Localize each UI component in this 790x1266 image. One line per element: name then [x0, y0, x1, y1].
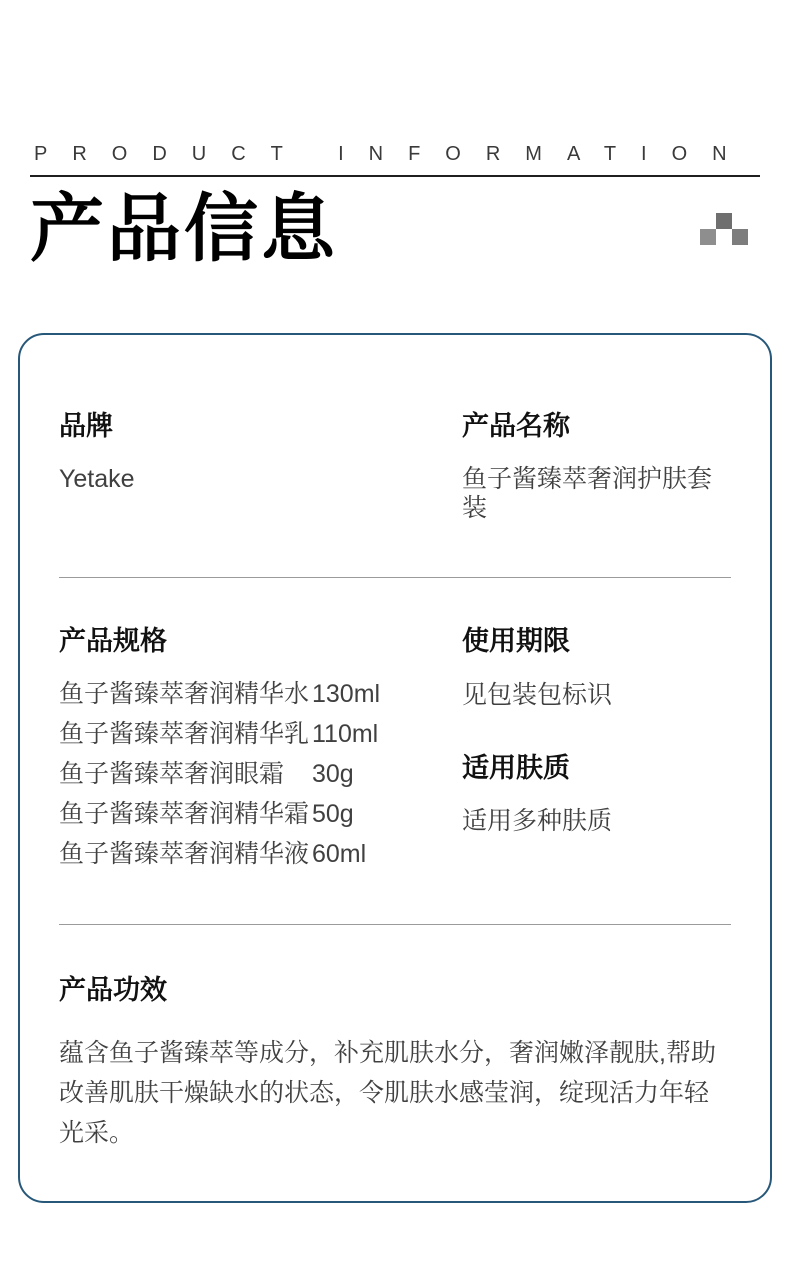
pixel-squares-icon — [700, 213, 748, 245]
spec-row: 鱼子酱臻萃奢润精华乳 110ml — [59, 714, 462, 754]
section-efficacy: 产品功效 蕴含鱼子酱臻萃等成分，补充肌肤水分，奢润嫩泽靓肤,帮助改善肌肤干燥缺水… — [59, 975, 731, 1153]
spec-value: 50g — [312, 794, 462, 834]
eyebrow-text: PRODUCT INFORMATION — [30, 143, 760, 166]
efficacy-body: 蕴含鱼子酱臻萃等成分，补充肌肤水分，奢润嫩泽靓肤,帮助改善肌肤干燥缺水的状态，令… — [59, 1033, 731, 1153]
brand-value: Yetake — [59, 465, 462, 494]
usage-block: 使用期限 见包装包标识 适用肤质 适用多种肤质 — [462, 626, 731, 873]
product-name-block: 产品名称 鱼子酱臻萃奢润护肤套装 — [462, 411, 731, 523]
spec-row: 鱼子酱臻萃奢润眼霜 30g — [59, 754, 462, 794]
hero-header: PRODUCT INFORMATION 产品信息 — [0, 0, 790, 269]
spec-row: 鱼子酱臻萃奢润精华霜 50g — [59, 794, 462, 834]
section-brand-name: 品牌 Yetake 产品名称 鱼子酱臻萃奢润护肤套装 — [59, 411, 731, 523]
spec-row: 鱼子酱臻萃奢润精华水 130ml — [59, 674, 462, 714]
efficacy-heading: 产品功效 — [59, 975, 731, 1006]
expiry-heading: 使用期限 — [462, 626, 731, 657]
skin-type-value: 适用多种肤质 — [462, 807, 731, 836]
skin-type-heading: 适用肤质 — [462, 753, 731, 784]
spec-name: 鱼子酱臻萃奢润精华水 — [59, 674, 312, 714]
product-info-card: 品牌 Yetake 产品名称 鱼子酱臻萃奢润护肤套装 产品规格 鱼子酱臻萃奢润精… — [18, 333, 772, 1203]
skin-type-block: 适用肤质 适用多种肤质 — [462, 753, 731, 836]
spec-name: 鱼子酱臻萃奢润眼霜 — [59, 754, 312, 794]
expiry-value: 见包装包标识 — [462, 681, 731, 710]
title-row: 产品信息 — [30, 189, 760, 269]
section-specs: 产品规格 鱼子酱臻萃奢润精华水 130ml 鱼子酱臻萃奢润精华乳 110ml 鱼… — [59, 626, 731, 873]
spec-value: 60ml — [312, 834, 462, 874]
product-name-value: 鱼子酱臻萃奢润护肤套装 — [462, 465, 731, 523]
pixel-square-bottom-right — [732, 229, 748, 245]
pixel-square-bottom-left — [700, 229, 716, 245]
specs-heading: 产品规格 — [59, 626, 462, 657]
expiry-block: 使用期限 见包装包标识 — [462, 626, 731, 709]
section-divider-1 — [59, 577, 731, 578]
section-divider-2 — [59, 924, 731, 925]
spec-table: 鱼子酱臻萃奢润精华水 130ml 鱼子酱臻萃奢润精华乳 110ml 鱼子酱臻萃奢… — [59, 674, 462, 874]
spec-value: 110ml — [312, 714, 462, 754]
spec-name: 鱼子酱臻萃奢润精华霜 — [59, 794, 312, 834]
page-title: 产品信息 — [30, 189, 338, 269]
spec-value: 130ml — [312, 674, 462, 714]
pixel-square-top — [716, 213, 732, 229]
header-rule — [30, 175, 760, 177]
spec-name: 鱼子酱臻萃奢润精华乳 — [59, 714, 312, 754]
spec-name: 鱼子酱臻萃奢润精华液 — [59, 834, 312, 874]
brand-block: 品牌 Yetake — [59, 411, 462, 523]
brand-heading: 品牌 — [59, 411, 462, 442]
spec-row: 鱼子酱臻萃奢润精华液 60ml — [59, 834, 462, 874]
product-name-heading: 产品名称 — [462, 411, 731, 442]
specs-block: 产品规格 鱼子酱臻萃奢润精华水 130ml 鱼子酱臻萃奢润精华乳 110ml 鱼… — [59, 626, 462, 873]
spec-value: 30g — [312, 754, 462, 794]
